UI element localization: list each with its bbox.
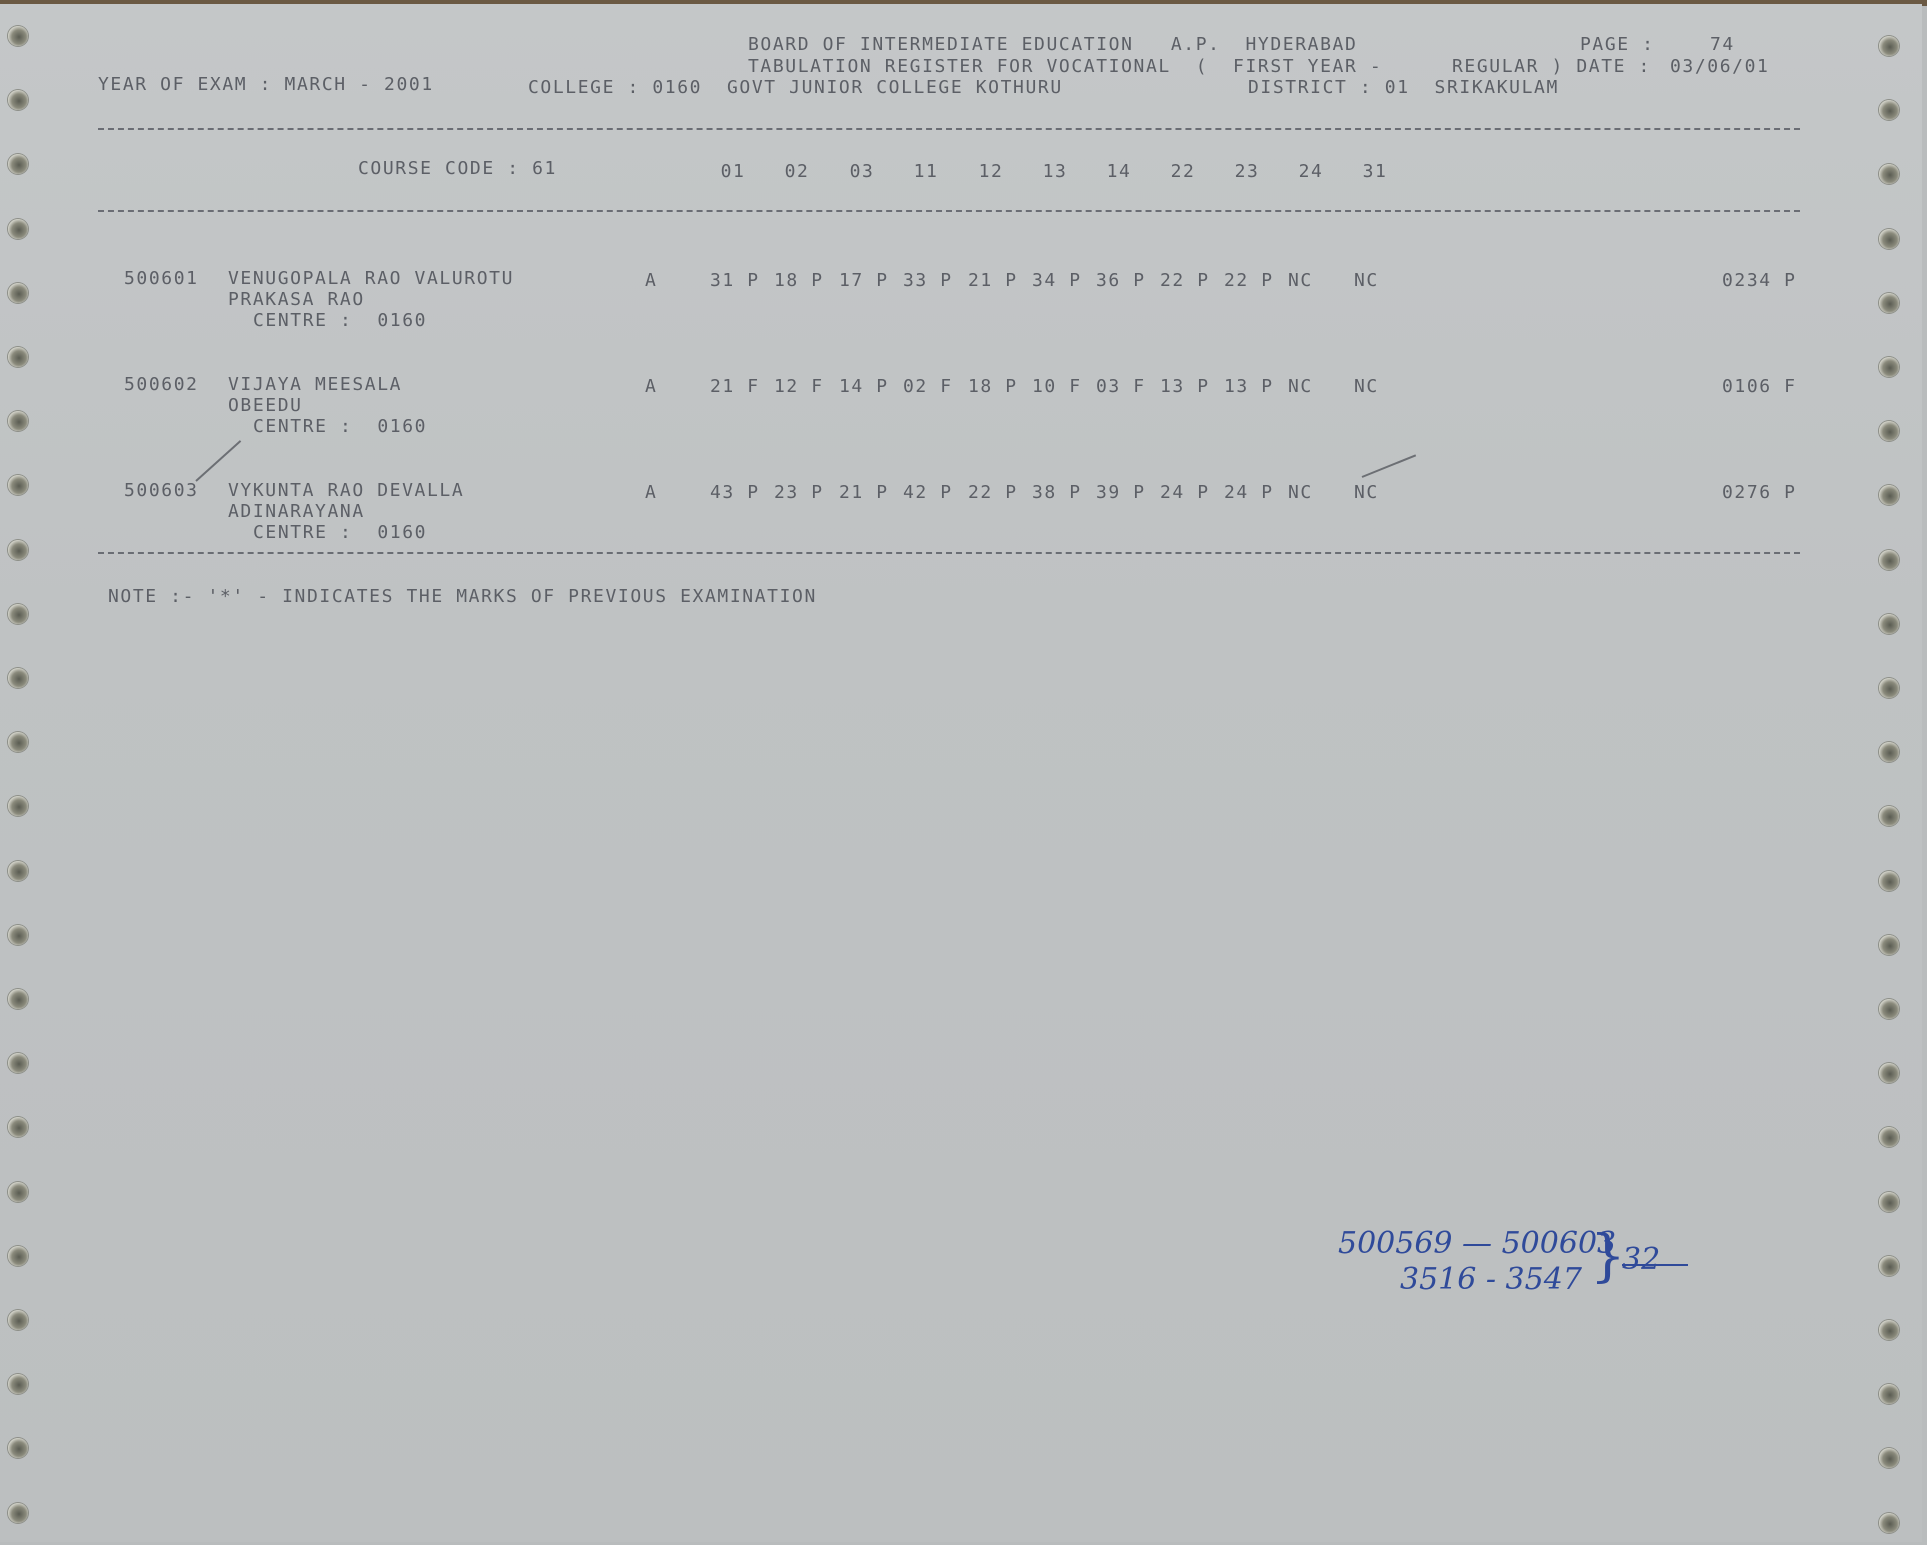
subject-mark: 17 P <box>839 270 889 291</box>
centre-code: CENTRE : 0160 <box>253 416 427 437</box>
medium: A <box>645 376 657 397</box>
feed-hole-icon <box>1879 871 1899 891</box>
feed-hole-icon <box>8 219 28 239</box>
feed-hole-icon <box>8 411 28 431</box>
subject-mark: NC <box>1354 482 1379 503</box>
feed-hole-icon <box>8 989 28 1009</box>
subject-mark: 21 P <box>968 270 1018 291</box>
feed-hole-icon <box>1879 550 1899 570</box>
roll-number: 500601 <box>124 268 199 289</box>
feed-hole-icon <box>8 1503 28 1523</box>
divider <box>98 210 1800 212</box>
year-of-exam: YEAR OF EXAM : MARCH - 2001 <box>98 74 434 95</box>
subject-mark: 42 P <box>903 482 953 503</box>
feed-hole-icon <box>1879 999 1899 1019</box>
subject-code: 13 <box>1038 161 1072 182</box>
subject-mark: NC <box>1354 376 1379 397</box>
medium: A <box>645 270 657 291</box>
feed-hole-icon <box>8 475 28 495</box>
medium: A <box>645 482 657 503</box>
subject-mark: 34 P <box>1032 270 1082 291</box>
feed-hole-icon <box>1879 935 1899 955</box>
subject-mark: 18 P <box>774 270 824 291</box>
feed-hole-icon <box>8 347 28 367</box>
student-name: VYKUNTA RAO DEVALLA <box>228 480 464 501</box>
subject-mark: 24 P <box>1224 482 1274 503</box>
feed-hole-icon <box>8 283 28 303</box>
course-code: COURSE CODE : 61 <box>358 158 557 179</box>
subject-code: 01 <box>716 161 750 182</box>
roll-number: 500602 <box>124 374 199 395</box>
handwritten-roll-range: 500569 — 500603 <box>1338 1226 1616 1261</box>
subject-mark: 36 P <box>1096 270 1146 291</box>
register-title: TABULATION REGISTER FOR VOCATIONAL ( FIR… <box>748 56 1382 77</box>
subject-code: 02 <box>780 161 814 182</box>
subject-mark: 22 P <box>968 482 1018 503</box>
handwritten-brace: } <box>1590 1224 1626 1289</box>
feed-hole-icon <box>1879 421 1899 441</box>
subject-mark: 21 P <box>839 482 889 503</box>
subject-mark: NC <box>1288 482 1313 503</box>
printout-sheet: BOARD OF INTERMEDIATE EDUCATION A.P. HYD… <box>0 4 1922 1542</box>
subject-code: 22 <box>1166 161 1200 182</box>
subject-mark: 10 F <box>1032 376 1082 397</box>
feed-hole-icon <box>8 1053 28 1073</box>
subject-code: 14 <box>1102 161 1136 182</box>
student-name-cont: PRAKASA RAO <box>228 289 365 310</box>
feed-hole-icon <box>8 154 28 174</box>
feed-hole-icon <box>8 732 28 752</box>
feed-hole-icon <box>1879 229 1899 249</box>
print-date: 03/06/01 <box>1670 56 1770 77</box>
subject-mark: 13 P <box>1160 376 1210 397</box>
total-marks-result: 0234 P <box>1722 270 1797 291</box>
subject-code: 03 <box>845 161 879 182</box>
feed-hole-icon <box>1879 36 1899 56</box>
total-marks-result: 0106 F <box>1722 376 1797 397</box>
page-label: PAGE : <box>1580 34 1655 55</box>
subject-mark: 22 P <box>1224 270 1274 291</box>
feed-hole-icon <box>8 1246 28 1266</box>
subject-code: 12 <box>974 161 1008 182</box>
total-marks-result: 0276 P <box>1722 482 1797 503</box>
feed-hole-icon <box>1879 806 1899 826</box>
feed-hole-icon <box>1879 678 1899 698</box>
handwritten-count: 32 <box>1622 1242 1660 1277</box>
feed-hole-icon <box>8 26 28 46</box>
feed-hole-icon <box>1879 1320 1899 1340</box>
pencil-tick-mark <box>195 440 241 482</box>
subject-code: 23 <box>1230 161 1264 182</box>
district-info: DISTRICT : 01 SRIKAKULAM <box>1248 77 1559 98</box>
subject-mark: 02 F <box>903 376 953 397</box>
feed-hole-icon <box>1879 614 1899 634</box>
divider <box>98 552 1800 554</box>
subject-mark: 39 P <box>1096 482 1146 503</box>
feed-hole-icon <box>8 861 28 881</box>
subject-mark: NC <box>1288 270 1313 291</box>
feed-hole-icon <box>1879 1384 1899 1404</box>
subject-mark: 18 P <box>968 376 1018 397</box>
feed-hole-icon <box>1879 100 1899 120</box>
feed-hole-icon <box>1879 164 1899 184</box>
subject-mark: 24 P <box>1160 482 1210 503</box>
feed-hole-icon <box>1879 1127 1899 1147</box>
feed-hole-icon <box>8 604 28 624</box>
student-name: VENUGOPALA RAO VALUROTU <box>228 268 514 289</box>
subject-mark: 38 P <box>1032 482 1082 503</box>
subject-mark: 21 F <box>710 376 760 397</box>
subject-mark: 33 P <box>903 270 953 291</box>
feed-hole-icon <box>8 90 28 110</box>
subject-mark: NC <box>1354 270 1379 291</box>
feed-hole-icon <box>8 1117 28 1137</box>
subject-mark: NC <box>1288 376 1313 397</box>
feed-hole-icon <box>1879 1256 1899 1276</box>
feed-hole-icon <box>8 1182 28 1202</box>
handwritten-serial-range: 3516 - 3547 <box>1400 1262 1582 1297</box>
subject-mark: 12 F <box>774 376 824 397</box>
subject-mark: 31 P <box>710 270 760 291</box>
feed-hole-icon <box>8 1374 28 1394</box>
college-info: COLLEGE : 0160 GOVT JUNIOR COLLEGE KOTHU… <box>528 77 1063 98</box>
student-name: VIJAYA MEESALA <box>228 374 402 395</box>
subject-code: 24 <box>1294 161 1328 182</box>
feed-hole-icon <box>1879 1513 1899 1533</box>
note: NOTE :- '*' - INDICATES THE MARKS OF PRE… <box>108 586 817 607</box>
page-number: 74 <box>1710 34 1735 55</box>
centre-code: CENTRE : 0160 <box>253 310 427 331</box>
roll-number: 500603 <box>124 480 199 501</box>
feed-hole-icon <box>1879 1448 1899 1468</box>
student-name-cont: OBEEDU <box>228 395 303 416</box>
feed-hole-icon <box>1879 293 1899 313</box>
handwritten-underline <box>1622 1264 1688 1266</box>
centre-code: CENTRE : 0160 <box>253 522 427 543</box>
subject-mark: 03 F <box>1096 376 1146 397</box>
subject-mark: 14 P <box>839 376 889 397</box>
subject-mark: 23 P <box>774 482 824 503</box>
board-title: BOARD OF INTERMEDIATE EDUCATION A.P. HYD… <box>748 34 1357 55</box>
feed-hole-icon <box>1879 357 1899 377</box>
regular-date-label: REGULAR ) DATE : <box>1452 56 1651 77</box>
feed-hole-icon <box>8 540 28 560</box>
subject-mark: 43 P <box>710 482 760 503</box>
feed-hole-icon <box>8 796 28 816</box>
feed-hole-icon <box>1879 485 1899 505</box>
feed-hole-icon <box>8 668 28 688</box>
feed-hole-icon <box>8 925 28 945</box>
feed-hole-icon <box>8 1438 28 1458</box>
feed-hole-icon <box>1879 1192 1899 1212</box>
student-name-cont: ADINARAYANA <box>228 501 365 522</box>
feed-hole-icon <box>1879 1063 1899 1083</box>
feed-hole-icon <box>8 1310 28 1330</box>
subject-mark: 13 P <box>1224 376 1274 397</box>
pencil-tick-mark <box>1362 454 1417 478</box>
divider <box>98 128 1800 130</box>
feed-hole-icon <box>1879 742 1899 762</box>
subject-code: 11 <box>909 161 943 182</box>
subject-mark: 22 P <box>1160 270 1210 291</box>
subject-code: 31 <box>1358 161 1392 182</box>
